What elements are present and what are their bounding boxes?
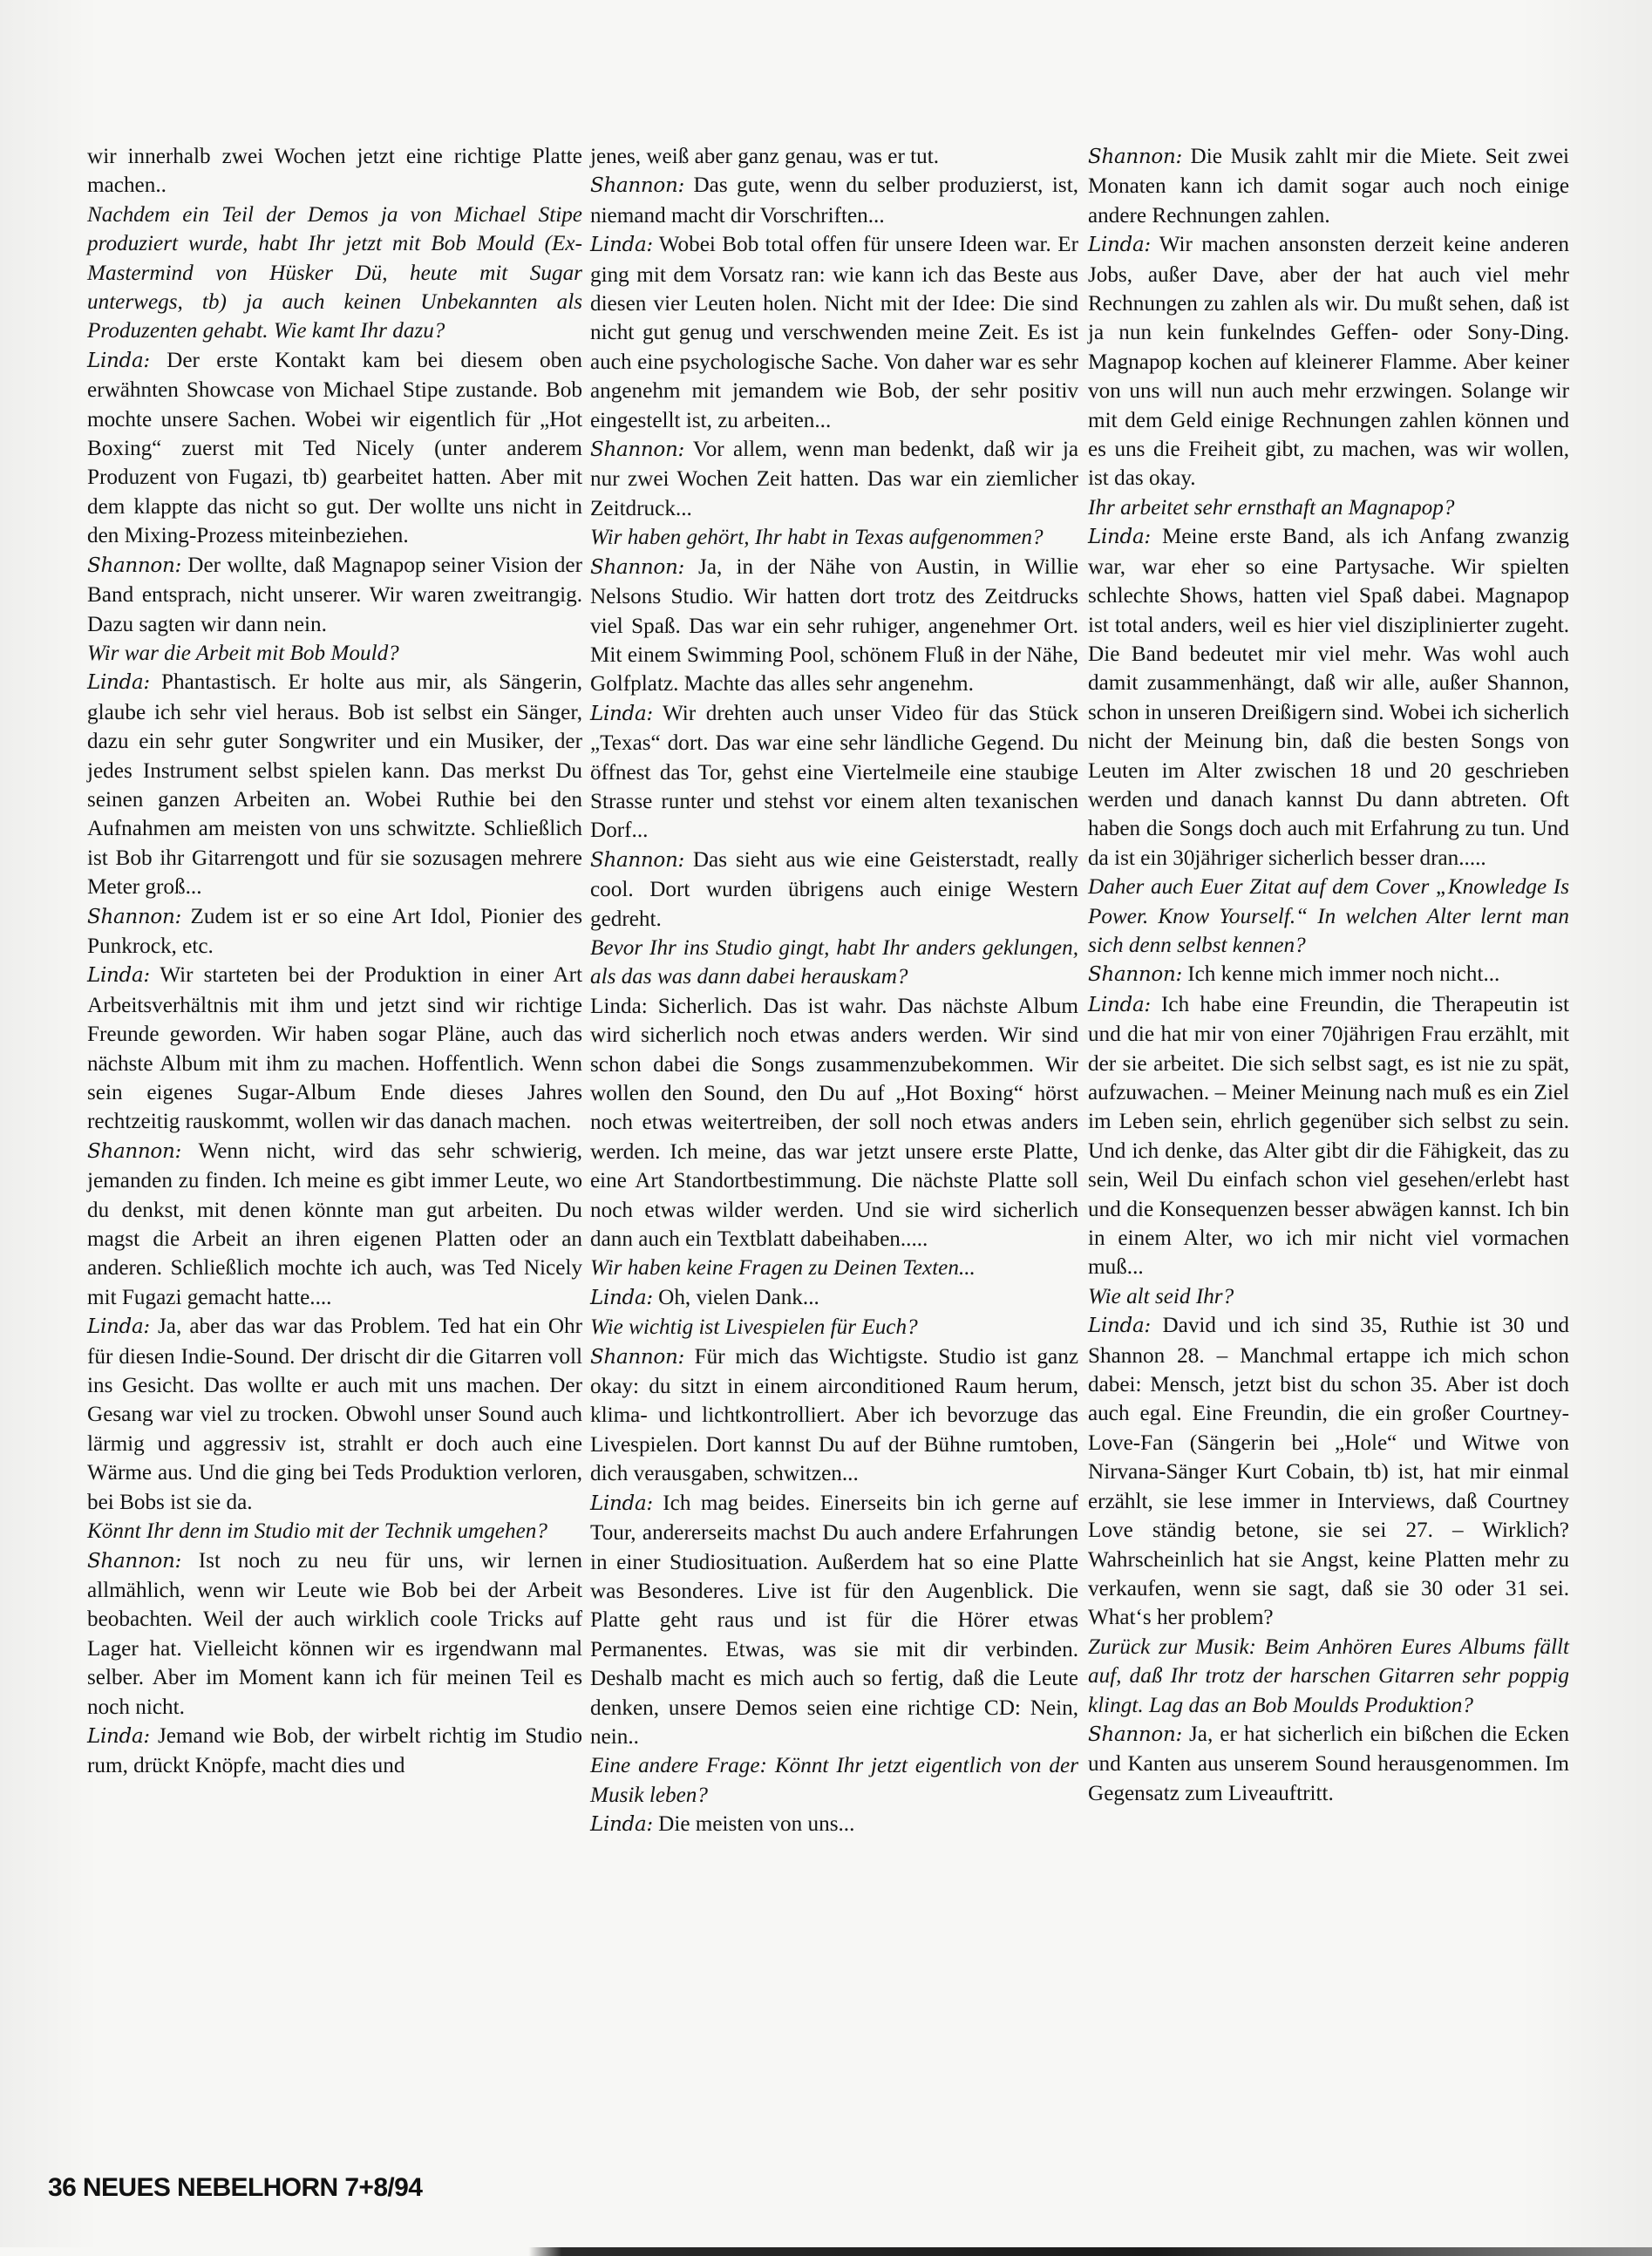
interview-answer: Linda: Die meisten von uns... bbox=[590, 1810, 1078, 1839]
speaker-name: Linda: bbox=[590, 1287, 653, 1309]
interview-question: Wie alt seid Ihr? bbox=[1088, 1282, 1569, 1311]
interview-question: Nachdem ein Teil der Demos ja von Michae… bbox=[87, 200, 582, 346]
text-column-3: Shannon: Die Musik zahlt mir die Miete. … bbox=[1088, 142, 1569, 1808]
interview-answer: Linda: Oh, vielen Dank... bbox=[590, 1283, 1078, 1313]
paragraph-text: Jemand wie Bob, der wirbelt richtig im S… bbox=[87, 1724, 582, 1777]
interview-answer: Linda: Jemand wie Bob, der wirbelt richt… bbox=[87, 1722, 582, 1781]
paragraph-text: Linda: Sicherlich. Das ist wahr. Das näc… bbox=[590, 995, 1078, 1251]
speaker-name: Shannon: bbox=[87, 1550, 181, 1573]
speaker-name: Linda: bbox=[87, 1315, 150, 1338]
speaker-name: Linda: bbox=[590, 1492, 653, 1515]
interview-answer: Linda: David und ich sind 35, Ruthie ist… bbox=[1088, 1311, 1569, 1632]
paragraph-text: Wir haben gehört, Ihr habt in Texas aufg… bbox=[590, 526, 1044, 549]
interview-answer: wir innerhalb zwei Wochen jetzt eine ric… bbox=[87, 142, 582, 200]
interview-answer: Linda: Wir starteten bei der Produktion … bbox=[87, 961, 582, 1136]
interview-question: Könnt Ihr denn im Studio mit der Technik… bbox=[87, 1517, 582, 1546]
interview-question: Wir haben keine Fragen zu Deinen Texten.… bbox=[590, 1254, 1078, 1282]
interview-question: Eine andere Frage: Könnt Ihr jetzt eigen… bbox=[590, 1751, 1078, 1810]
paragraph-text: Ja, aber das war das Problem. Ted hat ei… bbox=[87, 1315, 582, 1513]
paragraph-text: Zurück zur Musik: Beim Anhören Eures Alb… bbox=[1088, 1635, 1569, 1717]
speaker-name: Linda: bbox=[87, 1725, 150, 1748]
interview-answer: Linda: Phantastisch. Er holte aus mir, a… bbox=[87, 668, 582, 901]
interview-answer: Shannon: Das gute, wenn du selber produz… bbox=[590, 171, 1078, 230]
interview-answer: Shannon: Zudem ist er so eine Art Idol, … bbox=[87, 902, 582, 962]
paragraph-text: Daher auch Euer Zitat auf dem Cover „Kno… bbox=[1088, 875, 1569, 957]
interview-question: Daher auch Euer Zitat auf dem Cover „Kno… bbox=[1088, 873, 1569, 960]
paragraph-text: Könnt Ihr denn im Studio mit der Technik… bbox=[87, 1519, 547, 1543]
paragraph-text: Nachdem ein Teil der Demos ja von Michae… bbox=[87, 203, 582, 343]
speaker-name: Linda: bbox=[590, 703, 653, 725]
interview-answer: Shannon: Der wollte, daß Magnapop seiner… bbox=[87, 551, 582, 639]
interview-answer: Shannon: Die Musik zahlt mir die Miete. … bbox=[1088, 142, 1569, 230]
interview-answer: Linda: Ich mag beides. Einerseits bin ic… bbox=[590, 1489, 1078, 1752]
speaker-name: Shannon: bbox=[590, 849, 684, 872]
interview-answer: jenes, weiß aber ganz genau, was er tut. bbox=[590, 142, 1078, 171]
paragraph-text: Wir machen ansonsten derzeit keine an­de… bbox=[1088, 233, 1569, 490]
speaker-name: Linda: bbox=[590, 234, 653, 256]
speaker-name: Linda: bbox=[590, 1813, 653, 1836]
paragraph-text: Ihr arbeitet sehr ernsthaft an Magnapop? bbox=[1088, 496, 1454, 520]
speaker-name: Linda: bbox=[1088, 526, 1151, 548]
interview-answer: Linda: Sicherlich. Das ist wahr. Das näc… bbox=[590, 992, 1078, 1254]
speaker-name: Linda: bbox=[87, 350, 150, 372]
paragraph-text: Oh, vielen Dank... bbox=[658, 1286, 819, 1309]
interview-answer: Linda: Wobei Bob total offen für unsere … bbox=[590, 230, 1078, 435]
interview-answer: Shannon: Vor allem, wenn man bedenkt, da… bbox=[590, 435, 1078, 523]
speaker-name: Shannon: bbox=[1088, 146, 1182, 168]
interview-answer: Shannon: Für mich das Wichtigste. Studio… bbox=[590, 1342, 1078, 1489]
interview-answer: Shannon: Ja, in der Nähe von Austin, in … bbox=[590, 553, 1078, 699]
paragraph-text: jenes, weiß aber ganz genau, was er tut. bbox=[590, 145, 939, 168]
paragraph-text: Wobei Bob total offen für unsere Ideen w… bbox=[590, 233, 1078, 431]
speaker-name: Shannon: bbox=[590, 1346, 684, 1369]
paragraph-text: Ich mag beides. Einerseits bin ich gerne… bbox=[590, 1492, 1078, 1749]
paragraph-text: Der erste Kontakt kam bei diesem oben er… bbox=[87, 349, 582, 547]
paragraph-text: Ich kenne mich immer noch nicht... bbox=[1187, 962, 1499, 986]
interview-answer: Linda: Ja, aber das war das Problem. Ted… bbox=[87, 1312, 582, 1517]
interview-answer: Linda: Ich habe eine Freundin, die Thera… bbox=[1088, 990, 1569, 1282]
paragraph-text: Meine erste Band, als ich Anfang zwan­zi… bbox=[1088, 525, 1569, 869]
interview-question: Wir haben gehört, Ihr habt in Texas aufg… bbox=[590, 523, 1078, 552]
text-column-2: jenes, weiß aber ganz genau, was er tut.… bbox=[590, 142, 1078, 1840]
interview-answer: Linda: Meine erste Band, als ich Anfang … bbox=[1088, 522, 1569, 873]
paragraph-text: wir innerhalb zwei Wochen jetzt eine ric… bbox=[87, 145, 582, 197]
interview-answer: Linda: Wir machen ansonsten derzeit kein… bbox=[1088, 230, 1569, 493]
paragraph-text: Phantastisch. Er holte aus mir, als Sän­… bbox=[87, 670, 582, 899]
speaker-name: Linda: bbox=[1088, 234, 1151, 256]
footer-text: 36 NEUES NEBELHORN 7+8/94 bbox=[48, 2173, 422, 2202]
paragraph-text: Wenn nicht, wird das sehr schwierig, jem… bbox=[87, 1139, 582, 1309]
speaker-name: Shannon: bbox=[1088, 1723, 1182, 1746]
interview-question: Wir war die Arbeit mit Bob Mould? bbox=[87, 639, 582, 668]
speaker-name: Shannon: bbox=[87, 906, 181, 928]
interview-question: Bevor Ihr ins Studio gingt, habt Ihr and… bbox=[590, 934, 1078, 992]
paragraph-text: Bevor Ihr ins Studio gingt, habt Ihr and… bbox=[590, 936, 1078, 989]
interview-question: Ihr arbeitet sehr ernsthaft an Magnapop? bbox=[1088, 493, 1569, 522]
paragraph-text: Wir haben keine Fragen zu Deinen Texten.… bbox=[590, 1256, 976, 1280]
speaker-name: Shannon: bbox=[87, 554, 181, 577]
interview-answer: Shannon: Das sieht aus wie eine Geisters… bbox=[590, 846, 1078, 934]
interview-question: Zurück zur Musik: Beim Anhören Eures Alb… bbox=[1088, 1633, 1569, 1720]
text-column-1: wir innerhalb zwei Wochen jetzt eine ric… bbox=[87, 142, 582, 1781]
scan-bottom-edge bbox=[0, 2247, 1652, 2256]
page-footer: 36 NEUES NEBELHORN 7+8/94 bbox=[48, 2173, 422, 2203]
paragraph-text: Eine andere Frage: Könnt Ihr jetzt eigen… bbox=[590, 1754, 1078, 1806]
speaker-name: Linda: bbox=[1088, 1315, 1151, 1337]
paragraph-text: Wir war die Arbeit mit Bob Mould? bbox=[87, 642, 399, 665]
paragraph-text: Wir drehten auch unser Video für das Stü… bbox=[590, 702, 1078, 843]
paragraph-text: Die meisten von uns... bbox=[658, 1812, 854, 1836]
speaker-name: Shannon: bbox=[590, 438, 684, 461]
speaker-name: Shannon: bbox=[590, 174, 684, 197]
speaker-name: Shannon: bbox=[1088, 963, 1182, 986]
interview-question: Wie wichtig ist Livespielen für Euch? bbox=[590, 1313, 1078, 1342]
interview-answer: Linda: Der erste Kontakt kam bei diesem … bbox=[87, 346, 582, 551]
paragraph-text: Ist noch zu neu für uns, wir lernen allm… bbox=[87, 1549, 582, 1719]
interview-answer: Linda: Wir drehten auch unser Video für … bbox=[590, 699, 1078, 846]
speaker-name: Linda: bbox=[87, 671, 150, 694]
interview-answer: Shannon: Wenn nicht, wird das sehr schwi… bbox=[87, 1137, 582, 1312]
speaker-name: Shannon: bbox=[87, 1140, 181, 1163]
speaker-name: Shannon: bbox=[590, 556, 684, 579]
speaker-name: Linda: bbox=[87, 964, 150, 987]
speaker-name: Linda: bbox=[1088, 994, 1151, 1016]
interview-answer: Shannon: Ist noch zu neu für uns, wir le… bbox=[87, 1546, 582, 1722]
paragraph-text: David und ich sind 35, Ruthie ist 30 und… bbox=[1088, 1314, 1569, 1629]
paragraph-text: Wie wichtig ist Livespielen für Euch? bbox=[590, 1315, 918, 1339]
paragraph-text: Wir starteten bei der Produktion in eine… bbox=[87, 963, 582, 1133]
paragraph-text: Ich habe eine Freundin, die Therapeutin … bbox=[1088, 993, 1569, 1280]
paragraph-text: Wie alt seid Ihr? bbox=[1088, 1285, 1234, 1308]
interview-answer: Shannon: Ja, er hat sicherlich ein bißch… bbox=[1088, 1720, 1569, 1808]
interview-answer: Shannon: Ich kenne mich immer noch nicht… bbox=[1088, 960, 1569, 989]
